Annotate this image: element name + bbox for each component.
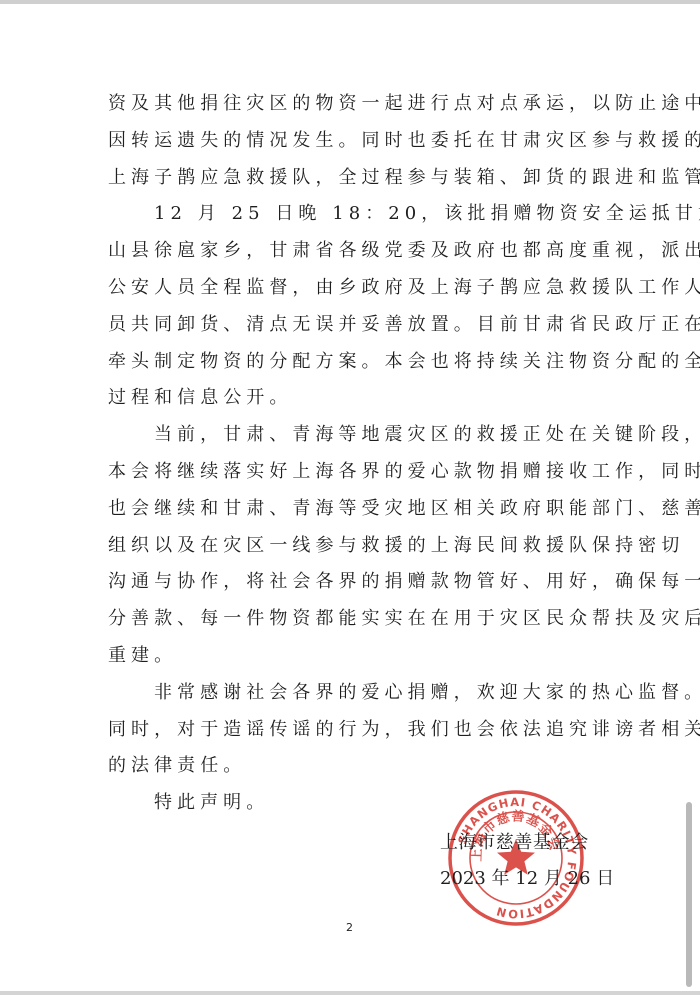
- paragraph-3: 当前，甘肃、青海等地震灾区的救援正处在关键阶段， 本会将继续落实好上海各界的爱心…: [108, 417, 598, 675]
- text-line: 牵头制定物资的分配方案。本会也将持续关注物资分配的全: [108, 344, 598, 381]
- official-seal-stamp: SHANGHAI CHARITY FOUNDATION 上海市慈善基金会: [447, 789, 585, 927]
- text-line: 山县徐扈家乡，甘肃省各级党委及政府也都高度重视，派出: [108, 233, 598, 270]
- paragraph-4: 非常感谢社会各界的爱心捐赠，欢迎大家的热心监督。 同时，对于造谣传谣的行为，我们…: [108, 675, 598, 785]
- text-line: 的法律责任。: [108, 748, 598, 785]
- text-line: 过程和信息公开。: [108, 380, 598, 417]
- text-line: 分善款、每一件物资都能实实在在用于灾区民众帮扶及灾后: [108, 601, 598, 638]
- text-line: 重建。: [108, 638, 598, 675]
- text-line: 员共同卸货、清点无误并妥善放置。目前甘肃省民政厅正在: [108, 307, 598, 344]
- text-line: 公安人员全程监督，由乡政府及上海子鹊应急救援队工作人: [108, 270, 598, 307]
- text-line: 也会继续和甘肃、青海等受灾地区相关政府职能部门、慈善: [108, 491, 598, 528]
- text-line: 非常感谢社会各界的爱心捐赠，欢迎大家的热心监督。: [108, 675, 598, 712]
- text-line: 上海子鹊应急救援队，全过程参与装箱、卸货的跟进和监管。: [108, 160, 598, 197]
- text-line: 当前，甘肃、青海等地震灾区的救援正处在关键阶段，: [108, 417, 598, 454]
- text-line: 沟通与协作，将社会各界的捐赠款物管好、用好，确保每一: [108, 564, 598, 601]
- paragraph-1: 资及其他捐往灾区的物资一起进行点对点承运，以防止途中 因转运遗失的情况发生。同时…: [108, 86, 598, 196]
- text-line: 本会将继续落实好上海各界的爱心款物捐赠接收工作，同时: [108, 454, 598, 491]
- vertical-scrollbar-thumb[interactable]: [686, 802, 692, 987]
- page-number: 2: [346, 921, 353, 934]
- text-line: 12 月 25 日晚 18：20，该批捐赠物资安全运抵甘肃积石: [108, 196, 598, 233]
- document-page: 资及其他捐往灾区的物资一起进行点对点承运，以防止途中 因转运遗失的情况发生。同时…: [0, 0, 700, 991]
- text-line: 组织以及在灾区一线参与救援的上海民间救援队保持密切: [108, 528, 598, 565]
- text-line: 同时，对于造谣传谣的行为，我们也会依法追究诽谤者相关: [108, 712, 598, 749]
- viewer-bottom-edge: [0, 991, 700, 995]
- text-line: 资及其他捐往灾区的物资一起进行点对点承运，以防止途中: [108, 86, 598, 123]
- paragraph-2: 12 月 25 日晚 18：20，该批捐赠物资安全运抵甘肃积石 山县徐扈家乡，甘…: [108, 196, 598, 417]
- signature-date: 2023 年 12 月 26 日: [440, 867, 614, 891]
- text-line: 因转运遗失的情况发生。同时也委托在甘肃灾区参与救援的: [108, 123, 598, 160]
- statement-body: 资及其他捐往灾区的物资一起进行点对点承运，以防止途中 因转运遗失的情况发生。同时…: [108, 86, 598, 822]
- signature-organization: 上海市慈善基金会: [440, 831, 589, 855]
